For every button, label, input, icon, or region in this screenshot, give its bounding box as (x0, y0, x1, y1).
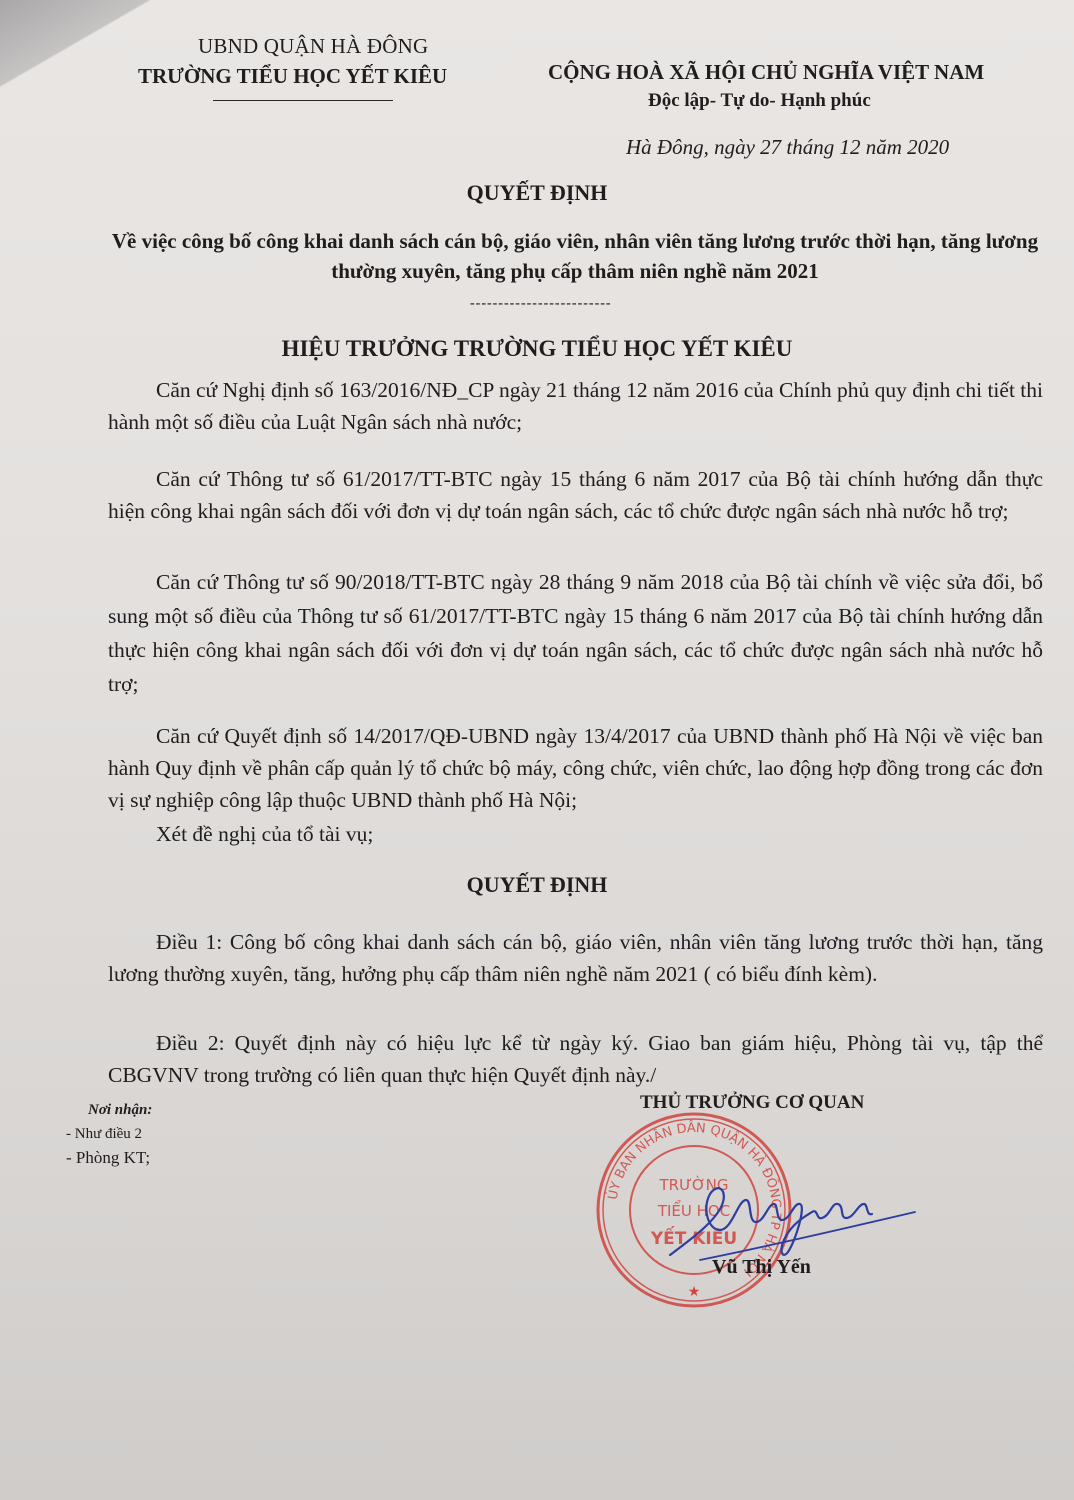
proposal-basis: Xét đề nghị của tổ tài vụ; (108, 818, 1043, 850)
document-date: Hà Đông, ngày 27 tháng 12 năm 2020 (626, 135, 949, 160)
page-corner-fold (0, 0, 180, 110)
signer-name: Vũ Thị Yến (712, 1256, 811, 1279)
recipients-label: Nơi nhận: (88, 1102, 152, 1119)
document-title: QUYẾT ĐỊNH (0, 180, 1074, 206)
article-2: Điều 2: Quyết định này có hiệu lực kể từ… (108, 1027, 1043, 1091)
handwritten-signature (660, 1160, 920, 1270)
recipient-item: - Phòng KT; (66, 1148, 150, 1168)
separator: ------------------------- (470, 296, 612, 312)
legal-basis-2: Căn cứ Thông tư số 61/2017/TT-BTC ngày 1… (108, 463, 1043, 527)
header-underline (213, 100, 393, 101)
national-title: CỘNG HOÀ XÃ HỘI CHỦ NGHĨA VIỆT NAM (548, 60, 984, 85)
signer-title: THỦ TRƯỞNG CƠ QUAN (640, 1092, 864, 1114)
issuer-heading: HIỆU TRƯỞNG TRƯỜNG TIỂU HỌC YẾT KIÊU (0, 336, 1074, 362)
recipient-item: - Như điều 2 (66, 1126, 142, 1143)
issuing-authority: UBND QUẬN HÀ ĐÔNG (198, 34, 428, 59)
national-motto: Độc lập- Tự do- Hạnh phúc (648, 90, 871, 112)
legal-basis-4: Căn cứ Quyết định số 14/2017/QĐ-UBND ngà… (108, 720, 1043, 816)
decision-heading: QUYẾT ĐỊNH (0, 872, 1074, 898)
document-subtitle: Về việc công bố công khai danh sách cán … (105, 226, 1045, 286)
legal-basis-3: Căn cứ Thông tư số 90/2018/TT-BTC ngày 2… (108, 565, 1043, 701)
legal-basis-1: Căn cứ Nghị định số 163/2016/NĐ_CP ngày … (108, 374, 1043, 438)
school-name: TRƯỜNG TIỂU HỌC YẾT KIÊU (138, 64, 447, 89)
article-1: Điều 1: Công bố công khai danh sách cán … (108, 926, 1043, 990)
star-icon: ★ (688, 1285, 701, 1300)
